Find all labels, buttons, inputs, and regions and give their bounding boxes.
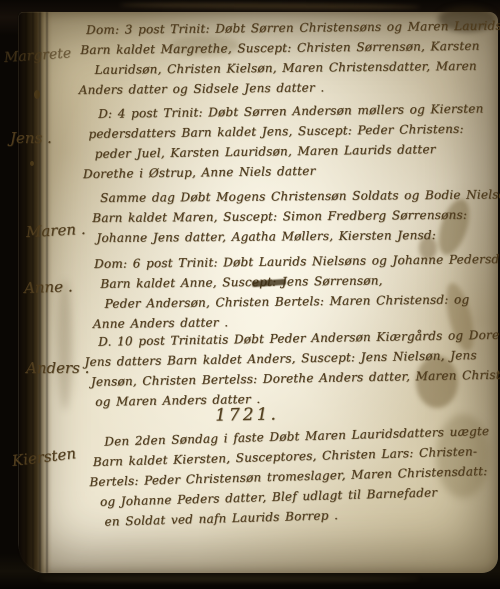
entry-line: Anders datter og Sidsele Jens datter . <box>79 75 500 100</box>
register-entry: Samme dag Døbt Mogens Christensøn Soldat… <box>92 184 500 248</box>
register-entry: Dom: 6 post Trinit: Døbt Laurids Nielsøn… <box>88 249 500 334</box>
entry-line: Lauridsøn, Christen Kielsøn, Maren Chris… <box>94 55 500 80</box>
entry-line: Johanne Jens datter, Agatha Møllers, Kie… <box>96 224 500 248</box>
handwriting-layer: Margrete Jens . Maren . Anne . Anders . … <box>0 0 500 589</box>
margin-name: Jens . <box>10 129 52 147</box>
register-entry: Dom: 3 post Trinit: Døbt Sørren Christen… <box>80 15 500 100</box>
entry-line: Barn kaldet Maren, Suscept: Simon Fredbe… <box>92 204 500 228</box>
margin-name: Margrete <box>3 45 71 66</box>
year-heading: 1721. <box>192 404 302 426</box>
register-entry: Den 2den Søndag i faste Døbt Maren Lauri… <box>92 421 492 532</box>
margin-name: Maren . <box>26 220 86 241</box>
margin-name: Anne . <box>24 277 73 297</box>
margin-name: Anders . <box>26 359 89 377</box>
register-entry: D. 10 post Trinitatis Døbt Peder Andersø… <box>84 324 500 412</box>
manuscript-scan: Margrete Jens . Maren . Anne . Anders . … <box>0 0 500 589</box>
entry-line: Dorethe i Østrup, Anne Niels datter <box>83 158 485 184</box>
margin-name: Kiersten <box>11 444 77 470</box>
register-entry: D: 4 post Trinit: Døbt Sørren Andersøn m… <box>88 98 484 184</box>
